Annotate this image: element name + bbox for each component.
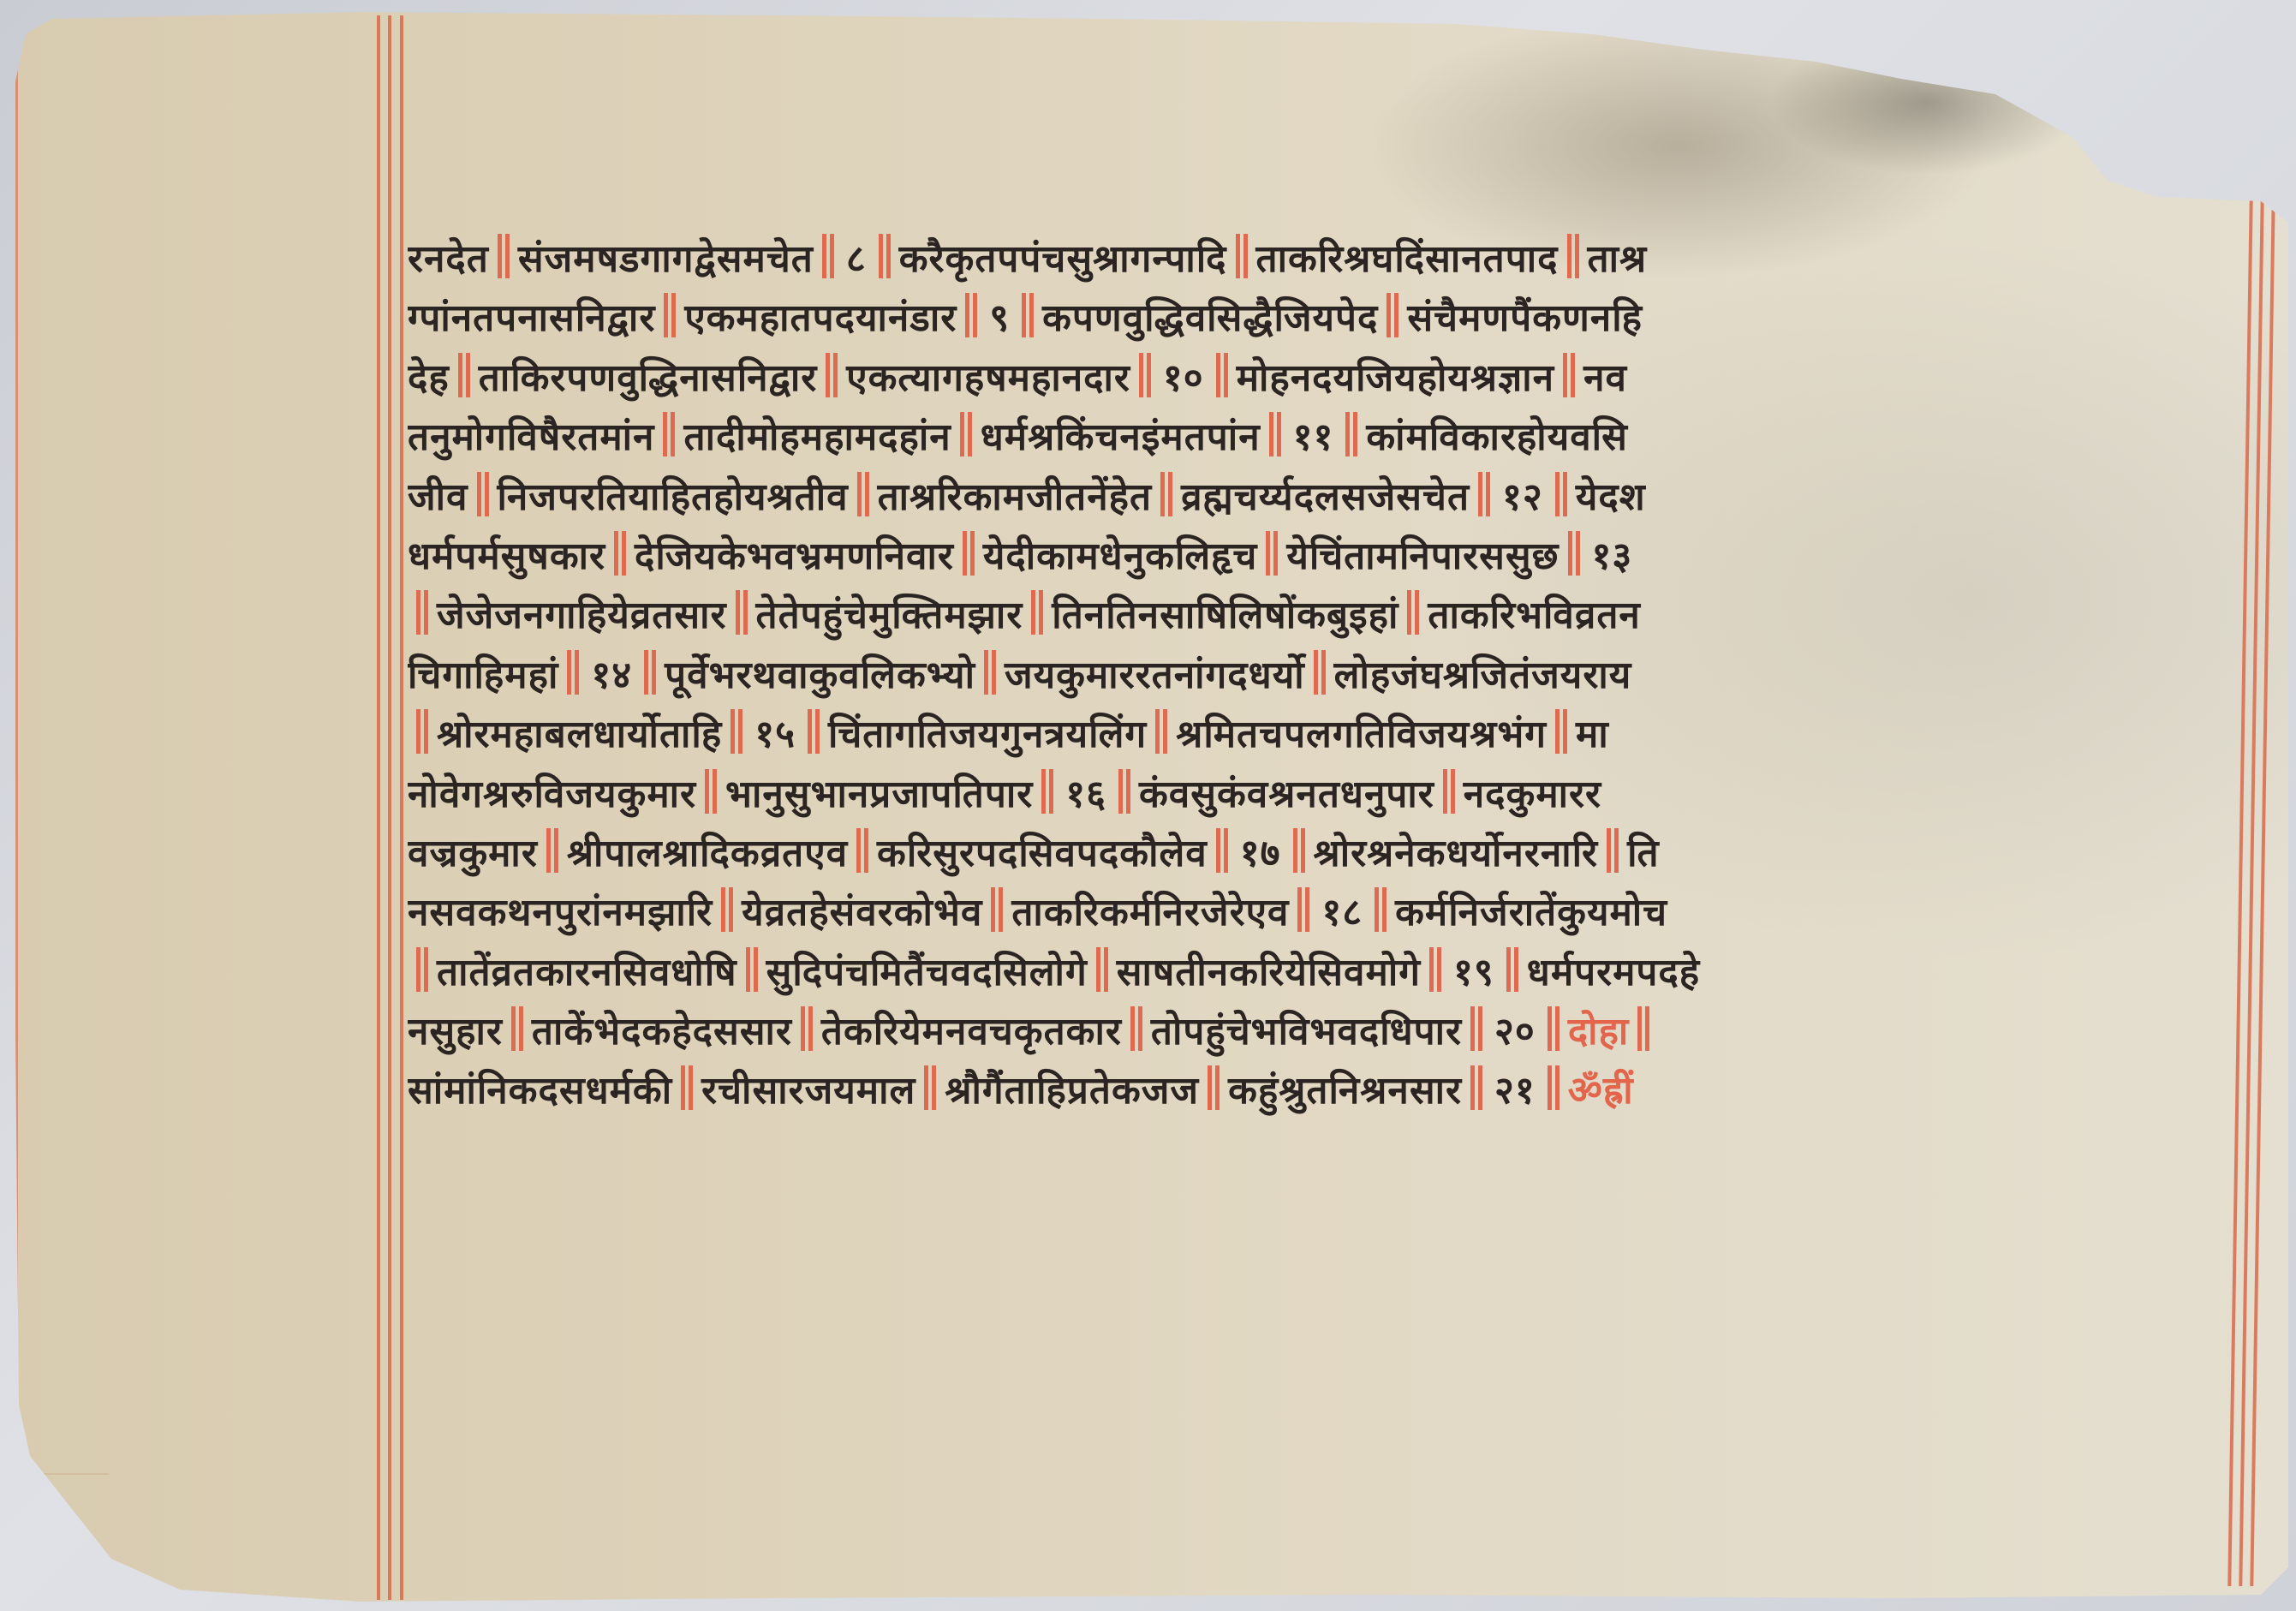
manuscript-line: चिगाहिमहां१४पूर्वेभरथवाकुवलिकभ्योजयकुमार… <box>408 646 2240 705</box>
double-danda-separator <box>414 590 430 635</box>
text-segment: तोपहुंचेभविभवदधिपार <box>1151 1010 1462 1053</box>
verse-number: २१ <box>1494 1069 1536 1113</box>
double-danda-separator <box>820 234 836 278</box>
text-segment: धर्मपरमपदहे <box>1527 951 1700 994</box>
verse-number: १२ <box>1502 475 1543 519</box>
folded-corner <box>0 1473 218 1603</box>
double-danda-separator <box>729 709 744 754</box>
double-danda-separator <box>703 769 719 814</box>
double-danda-separator <box>963 293 979 337</box>
double-danda-separator <box>612 531 628 576</box>
text-segment: तादीमोहमहामदहांन <box>683 415 951 459</box>
double-danda-separator <box>989 887 1005 932</box>
double-danda-separator <box>922 1065 938 1110</box>
verse-number: १८ <box>1321 891 1363 934</box>
verse-number: १४ <box>591 653 632 697</box>
manuscript-line <box>408 1121 2240 1180</box>
manuscript-line: वज्रकुमारश्रीपालश्रादिकव्रतएवकरिसुरपदसिव… <box>408 824 2240 883</box>
double-danda-separator <box>1385 293 1400 337</box>
text-segment: भानुसुभानप्रजापतिपार <box>725 773 1033 816</box>
double-danda-separator <box>679 1065 695 1110</box>
text-segment: श्रीपालश्रादिकव्रतएव <box>567 832 848 875</box>
double-danda-separator <box>1469 1006 1484 1051</box>
double-danda-separator <box>1154 709 1169 754</box>
text-segment: तनुमोगविषैरतमांन <box>408 415 654 459</box>
double-danda-separator <box>414 709 430 754</box>
left-margin-rule-2 <box>388 15 391 1600</box>
text-segment: येदश <box>1576 475 1646 519</box>
text-segment: संचैमणपैंकणनहि <box>1407 296 1643 340</box>
double-danda-separator <box>1605 828 1620 873</box>
text-segment: कपणवुद्धिवसिद्धैजियपेद <box>1042 296 1378 340</box>
text-segment: धर्मपर्मसुषकार <box>408 534 605 578</box>
double-danda-separator <box>1428 947 1443 992</box>
double-danda-separator <box>1344 412 1359 456</box>
double-danda-separator <box>1405 590 1421 635</box>
right-margin-rule-3 <box>2250 199 2275 1586</box>
verse-number: १७ <box>1240 832 1281 875</box>
double-danda-separator <box>475 472 491 516</box>
text-segment: ताकिरपणवुद्धिनासनिद्वार <box>479 356 818 400</box>
verse-number: १९ <box>1453 951 1494 994</box>
double-danda-separator <box>1291 828 1307 873</box>
manuscript-line: तातेंव्रतकारनसिवधोषिसुदिपंचमितैंचवदसिलोग… <box>408 943 2240 1002</box>
double-danda-separator <box>1546 1006 1561 1051</box>
double-danda-separator <box>1312 650 1327 695</box>
double-danda-separator <box>662 293 677 337</box>
double-danda-separator <box>1469 1065 1484 1110</box>
double-danda-separator <box>982 650 998 695</box>
double-danda-separator <box>1566 531 1582 576</box>
double-danda-separator <box>565 650 581 695</box>
text-segment: व्रह्मचर्य्यदलसजेसचेत <box>1181 475 1470 519</box>
double-danda-separator <box>1373 887 1388 932</box>
text-segment: ताश्र <box>1588 237 1648 281</box>
double-danda-separator <box>824 353 839 397</box>
double-danda-separator <box>510 1006 525 1051</box>
text-segment: जीव <box>408 475 468 519</box>
double-danda-separator <box>414 947 430 992</box>
double-danda-separator <box>806 709 821 754</box>
verse-number: ११ <box>1293 415 1334 459</box>
double-danda-separator <box>545 828 560 873</box>
text-segment: जेजेजनगाहियेव्रतसार <box>437 594 727 637</box>
manuscript-line: श्रोरमहाबलधार्योताहि१५चिंतागतिजयगुनत्रयल… <box>408 705 2240 764</box>
double-danda-separator <box>961 531 976 576</box>
text-segment: सांमांनिकदसधर्मकी <box>408 1069 672 1113</box>
double-danda-separator <box>1234 234 1249 278</box>
text-segment: कांमविकारहोयवसि <box>1366 415 1627 459</box>
double-danda-separator <box>1159 472 1174 516</box>
text-segment: तेतेपहुंचेमुक्तिमझार <box>756 594 1023 637</box>
text-segment: चिगाहिमहां <box>408 653 558 697</box>
text-segment: कहुंश्रुतनिश्रनसार <box>1228 1069 1462 1113</box>
manuscript-line: ग्पांनतपनासनिद्वारएकमहातपदयानंडार९कपणवुद… <box>408 289 2240 348</box>
text-segment: ग्पांनतपनासनिद्वार <box>408 296 655 340</box>
double-danda-separator <box>1117 769 1132 814</box>
double-danda-separator <box>958 412 974 456</box>
text-segment: करिसुरपदसिवपदकौलेव <box>877 832 1208 875</box>
double-danda-separator <box>1129 1006 1144 1051</box>
text-segment: साषतीनकरियेसिवमोगे <box>1117 951 1421 994</box>
double-danda-separator <box>1020 293 1035 337</box>
text-segment: तेकरियेमनवचकृतकार <box>821 1010 1122 1053</box>
double-danda-separator <box>1561 353 1577 397</box>
double-danda-separator <box>1546 1065 1561 1110</box>
double-danda-separator <box>1264 531 1279 576</box>
double-danda-separator <box>877 234 892 278</box>
text-segment: जयकुमाररतनांगदधर्यो <box>1005 653 1305 697</box>
text-segment: पूर्वेभरथवाकुवलिकभ्यो <box>665 653 975 697</box>
text-segment: मोहनदयजियहोयश्रज्ञान <box>1237 356 1554 400</box>
double-danda-separator <box>744 947 760 992</box>
rubric-text: ॐह्रीं <box>1568 1069 1634 1113</box>
text-segment: नव <box>1583 356 1627 400</box>
text-segment: ति <box>1627 832 1659 875</box>
text-segment: येचिंतामनिपारससुछ <box>1286 534 1559 578</box>
verse-number: २० <box>1494 1010 1536 1053</box>
double-danda-separator <box>719 887 735 932</box>
manuscript-line: नसुहारताकेंभेदकहेदससारतेकरियेमनवचकृतकारत… <box>408 1002 2240 1061</box>
text-segment: सुदिपंचमितैंचवदसिलोगे <box>766 951 1088 994</box>
double-danda-separator <box>1029 590 1045 635</box>
manuscript-text-block: रनदेतसंजमषडगागद्वेसमचेत८करैकृतपपंचसुश्रा… <box>408 230 2240 1180</box>
double-danda-separator <box>1040 769 1055 814</box>
manuscript-line: देहताकिरपणवुद्धिनासनिद्वारएकत्यागहषमहानद… <box>408 349 2240 408</box>
text-segment: धर्मश्रकिंचनइंमतपांन <box>981 415 1261 459</box>
double-danda-separator <box>1214 353 1230 397</box>
manuscript-folio: रनदेतसंजमषडगागद्वेसमचेत८करैकृतपपंचसुश्रा… <box>0 0 2296 1611</box>
text-segment: श्रमितचपलगतिविजयश्रभंग <box>1176 713 1547 756</box>
double-danda-separator <box>456 353 472 397</box>
text-segment: ताकरिभविव्रतन <box>1428 594 1640 637</box>
text-segment: नोवेगश्ररुविजयकुमार <box>408 773 696 816</box>
verse-number: १५ <box>754 713 796 756</box>
text-segment: श्रोरमहाबलधार्योताहि <box>437 713 722 756</box>
text-segment: श्रौगैंताहिप्रतेकजज <box>945 1069 1199 1113</box>
double-danda-separator <box>799 1006 814 1051</box>
text-segment: देह <box>408 356 450 400</box>
text-segment: लोहजंघश्रजितंजयराय <box>1334 653 1632 697</box>
double-danda-separator <box>1636 1006 1651 1051</box>
manuscript-line: रनदेतसंजमषडगागद्वेसमचेत८करैकृतपपंचसुश्रा… <box>408 230 2240 289</box>
left-margin-rule-1 <box>377 15 380 1600</box>
double-danda-separator <box>1296 887 1311 932</box>
manuscript-line: सांमांनिकदसधर्मकीरचीसारजयमालश्रौगैंताहिप… <box>408 1061 2240 1120</box>
manuscript-line: नसवकथनपुरांनमझारियेव्रतहेसंवरकोभेवताकरिक… <box>408 883 2240 942</box>
double-danda-separator <box>1267 412 1283 456</box>
double-danda-separator <box>1137 353 1153 397</box>
text-segment: तिनतिनसाषिलिषोंकबुइहां <box>1052 594 1398 637</box>
text-segment: रचीसारजयमाल <box>701 1069 915 1113</box>
outer-left-rule <box>15 34 18 1456</box>
left-margin-rule-3 <box>400 15 403 1600</box>
double-danda-separator <box>1206 1065 1221 1110</box>
verse-number: १० <box>1163 356 1204 400</box>
text-segment: ताकेंभेदकहेदससार <box>532 1010 792 1053</box>
text-segment: एकत्यागहषमहानदार <box>846 356 1130 400</box>
text-segment: वज्रकुमार <box>408 832 538 875</box>
text-segment: येव्रतहेसंवरकोभेव <box>742 891 982 934</box>
text-segment: नसवकथनपुरांनमझारि <box>408 891 713 934</box>
text-segment: येदीकामधेनुकलिहृच <box>983 534 1257 578</box>
double-danda-separator <box>1476 472 1492 516</box>
manuscript-line: जेजेजनगाहियेव्रतसारतेतेपहुंचेमुक्तिमझारत… <box>408 586 2240 645</box>
text-segment: कर्मनिर्जरातेंकुयमोच <box>1395 891 1667 934</box>
double-danda-separator <box>856 472 871 516</box>
text-segment: कंवसुकंवश्रन <box>1139 773 1318 816</box>
manuscript-line: तनुमोगविषैरतमांनतादीमोहमहामदहांनधर्मश्रक… <box>408 408 2240 467</box>
double-danda-separator <box>1554 709 1569 754</box>
text-segment: मा <box>1576 713 1609 756</box>
text-segment: संजमषडगागद्वेसमचेत <box>518 237 814 281</box>
text-segment: एकमहातपदयानंडार <box>684 296 957 340</box>
text-segment: तातेंव्रतकारनसिवधोषि <box>437 951 737 994</box>
text-segment: चिंतागतिजयगुनत्रयलिंग <box>828 713 1147 756</box>
text-segment: तधनुपार <box>1318 773 1434 816</box>
rubric-text: दोहा <box>1568 1010 1630 1053</box>
double-danda-separator <box>1441 769 1457 814</box>
double-danda-separator <box>855 828 870 873</box>
verse-number: १६ <box>1065 773 1106 816</box>
double-danda-separator <box>496 234 511 278</box>
text-segment: ताकरिश्रघदिंसानतपाद <box>1256 237 1559 281</box>
text-segment: श्रोरश्रनेकधर्योनरनारि <box>1314 832 1599 875</box>
text-segment: देजियकेभवभ्रमणनिवार <box>635 534 954 578</box>
text-segment: नसुहार <box>408 1010 503 1053</box>
double-danda-separator <box>661 412 677 456</box>
manuscript-line: जीवनिजपरतियाहितहोयश्रतीवताश्ररिकामजीतनें… <box>408 468 2240 527</box>
double-danda-separator <box>642 650 658 695</box>
double-danda-separator <box>1554 472 1569 516</box>
text-segment: ताश्ररिकामजीतनेंहेत <box>878 475 1153 519</box>
manuscript-line: नोवेगश्ररुविजयकुमारभानुसुभानप्रजापतिपार१… <box>408 765 2240 824</box>
text-segment: नदकुमारर <box>1464 773 1601 816</box>
text-segment: रनदेत <box>408 237 489 281</box>
verse-number: ९ <box>989 296 1010 340</box>
double-danda-separator <box>1214 828 1230 873</box>
double-danda-separator <box>1094 947 1110 992</box>
double-danda-separator <box>734 590 749 635</box>
manuscript-line: धर्मपर्मसुषकारदेजियकेभवभ्रमणनिवारयेदीकाम… <box>408 527 2240 586</box>
text-segment: ताकरिकर्मनिरजेरेएव <box>1011 891 1289 934</box>
verse-number: १३ <box>1592 534 1633 578</box>
text-segment: निजपरतियाहितहोयश्रतीव <box>498 475 849 519</box>
double-danda-separator <box>1505 947 1520 992</box>
verse-number: ८ <box>846 237 867 281</box>
double-danda-separator <box>1565 234 1581 278</box>
text-segment: करैकृतपपंचसुश्रागन्पादि <box>899 237 1227 281</box>
